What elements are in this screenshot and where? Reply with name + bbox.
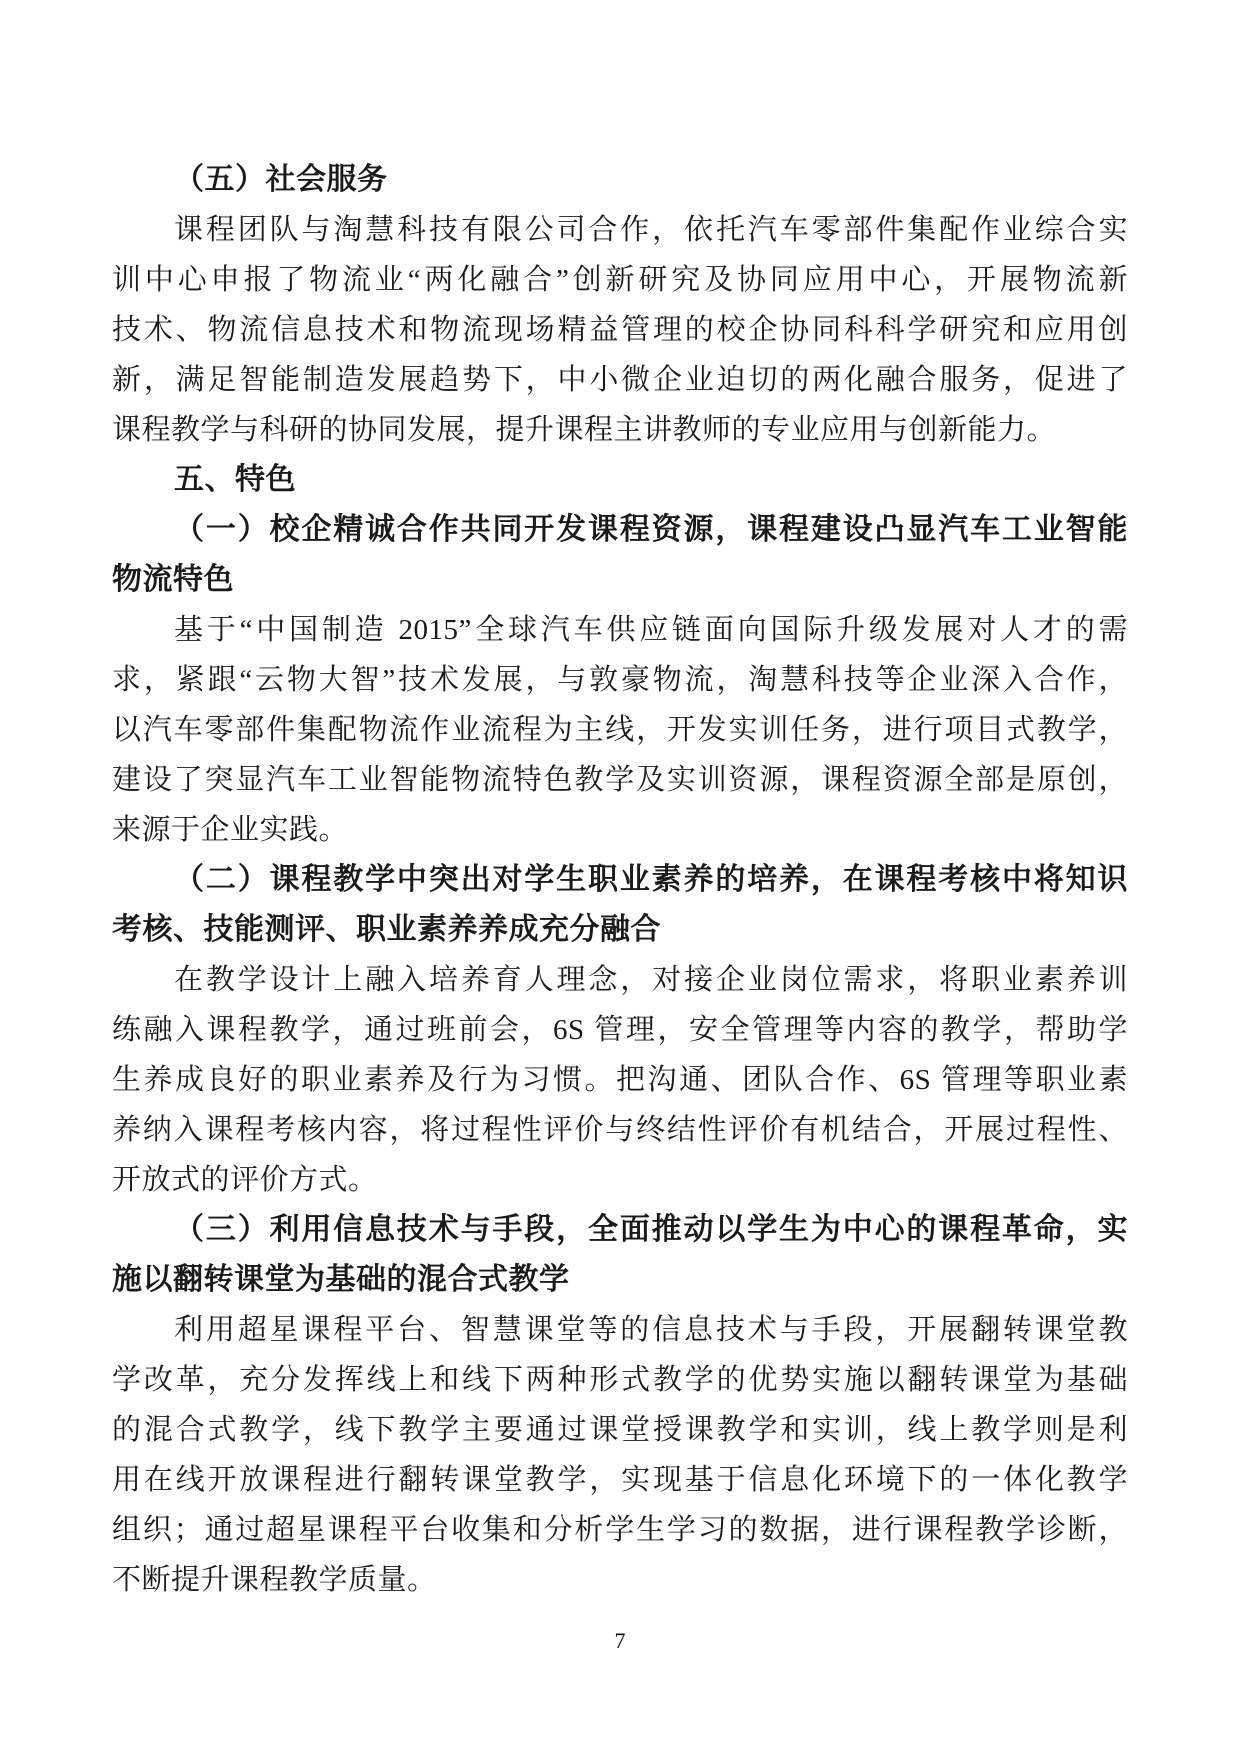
heading-feature-1: （一）校企精诚合作共同开发课程资源，课程建设凸显汽车工业智能物流特色 (112, 505, 1128, 605)
document-body: （五）社会服务 课程团队与淘慧科技有限公司合作，依托汽车零部件集配作业综合实训中… (112, 155, 1128, 1605)
document-page: （五）社会服务 课程团队与淘慧科技有限公司合作，依托汽车零部件集配作业综合实训中… (0, 0, 1240, 1754)
heading-social-service: （五）社会服务 (112, 155, 1128, 205)
text-line: （五）社会服务 (112, 155, 1128, 205)
heading-features: 五、特色 (112, 455, 1128, 505)
paragraph-feature-2: 在教学设计上融入培养育人理念，对接企业岗位需求，将职业素养训练融入课程教学，通过… (112, 955, 1128, 1205)
text-line: 开放式的评价方式。 (112, 1155, 1128, 1205)
text-line: 利用超星课程平台、智慧课堂等的信息技术与手段，开展翻转课堂教 (112, 1305, 1128, 1355)
heading-feature-3: （三）利用信息技术与手段，全面推动以学生为中心的课程革命，实施以翻转课堂为基础的… (112, 1205, 1128, 1305)
text-line: 物流特色 (112, 555, 1128, 605)
text-line: 来源于企业实践。 (112, 805, 1128, 855)
text-line: （三）利用信息技术与手段，全面推动以学生为中心的课程革命，实 (112, 1205, 1128, 1255)
text-line: 在教学设计上融入培养育人理念，对接企业岗位需求，将职业素养训 (112, 955, 1128, 1005)
text-line: 学改革，充分发挥线上和线下两种形式教学的优势实施以翻转课堂为基础 (112, 1355, 1128, 1405)
text-line: （二）课程教学中突出对学生职业素养的培养，在课程考核中将知识 (112, 855, 1128, 905)
paragraph-social-service: 课程团队与淘慧科技有限公司合作，依托汽车零部件集配作业综合实训中心申报了物流业“… (112, 205, 1128, 455)
text-line: 的混合式教学，线下教学主要通过课堂授课教学和实训，线上教学则是利 (112, 1405, 1128, 1455)
text-line: 考核、技能测评、职业素养养成充分融合 (112, 905, 1128, 955)
text-line: 求，紧跟“云物大智”技术发展，与敦豪物流，淘慧科技等企业深入合作， (112, 655, 1128, 705)
text-line: 不断提升课程教学质量。 (112, 1555, 1128, 1605)
heading-feature-2: （二）课程教学中突出对学生职业素养的培养，在课程考核中将知识考核、技能测评、职业… (112, 855, 1128, 955)
paragraph-feature-1: 基于“中国制造 2015”全球汽车供应链面向国际升级发展对人才的需求，紧跟“云物… (112, 605, 1128, 855)
text-line: 训中心申报了物流业“两化融合”创新研究及协同应用中心，开展物流新 (112, 255, 1128, 305)
text-line: 基于“中国制造 2015”全球汽车供应链面向国际升级发展对人才的需 (112, 605, 1128, 655)
text-line: 技术、物流信息技术和物流现场精益管理的校企协同科科学研究和应用创 (112, 305, 1128, 355)
text-line: 建设了突显汽车工业智能物流特色教学及实训资源，课程资源全部是原创， (112, 755, 1128, 805)
text-line: 生养成良好的职业素养及行为习惯。把沟通、团队合作、6S 管理等职业素 (112, 1055, 1128, 1105)
text-line: 以汽车零部件集配物流作业流程为主线，开发实训任务，进行项目式教学， (112, 705, 1128, 755)
text-line: 课程教学与科研的协同发展，提升课程主讲教师的专业应用与创新能力。 (112, 405, 1128, 455)
text-line: 新，满足智能制造发展趋势下，中小微企业迫切的两化融合服务，促进了 (112, 355, 1128, 405)
text-line: 课程团队与淘慧科技有限公司合作，依托汽车零部件集配作业综合实 (112, 205, 1128, 255)
paragraph-feature-3: 利用超星课程平台、智慧课堂等的信息技术与手段，开展翻转课堂教学改革，充分发挥线上… (112, 1305, 1128, 1605)
text-line: 练融入课程教学，通过班前会，6S 管理，安全管理等内容的教学，帮助学 (112, 1005, 1128, 1055)
text-line: 养纳入课程考核内容，将过程性评价与终结性评价有机结合，开展过程性、 (112, 1105, 1128, 1155)
text-line: （一）校企精诚合作共同开发课程资源，课程建设凸显汽车工业智能 (112, 505, 1128, 555)
text-line: 施以翻转课堂为基础的混合式教学 (112, 1255, 1128, 1305)
text-line: 组织；通过超星课程平台收集和分析学生学习的数据，进行课程教学诊断， (112, 1505, 1128, 1555)
text-line: 五、特色 (112, 455, 1128, 505)
page-number: 7 (0, 1626, 1240, 1656)
text-line: 用在线开放课程进行翻转课堂教学，实现基于信息化环境下的一体化教学 (112, 1455, 1128, 1505)
